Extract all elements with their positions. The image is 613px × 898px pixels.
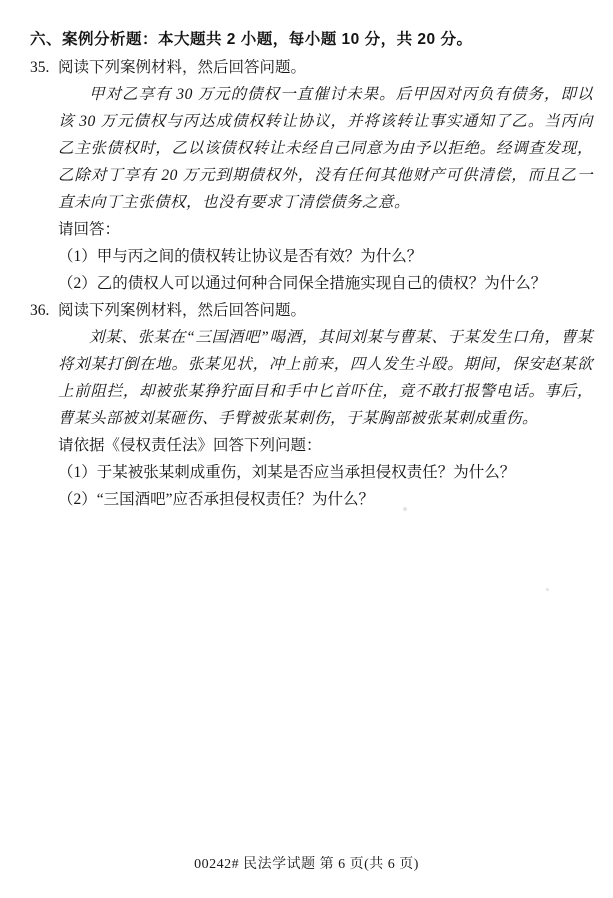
section-header: 六、案例分析题：本大题共 2 小题，每小题 10 分，共 20 分。 — [30, 26, 593, 54]
question-number: 35. — [30, 54, 58, 81]
question-36: 36.阅读下列案例材料，然后回答问题。 刘某、张某在“三国酒吧”喝酒，其间刘某与… — [30, 297, 593, 513]
question-head: 36.阅读下列案例材料，然后回答问题。 — [30, 297, 593, 324]
subquestion-1: （1）甲与丙之间的债权转让协议是否有效？为什么？ — [58, 243, 593, 270]
exam-page: 六、案例分析题：本大题共 2 小题，每小题 10 分，共 20 分。 35.阅读… — [0, 0, 613, 513]
question-35: 35.阅读下列案例材料，然后回答问题。 甲对乙享有 30 万元的债权一直催讨未果… — [30, 54, 593, 297]
answer-prompt: 请依据《侵权责任法》回答下列问题： — [58, 432, 593, 459]
subquestion-1: （1）于某被张某刺成重伤，刘某是否应当承担侵权责任？为什么？ — [58, 459, 593, 486]
case-material: 甲对乙享有 30 万元的债权一直催讨未果。后甲因对丙负有债务，即以该 30 万元… — [58, 81, 593, 216]
scan-artifact — [403, 507, 407, 511]
answer-prompt: 请回答： — [58, 216, 593, 243]
question-intro: 阅读下列案例材料，然后回答问题。 — [58, 302, 306, 319]
case-material: 刘某、张某在“三国酒吧”喝酒，其间刘某与曹某、于某发生口角，曹某将刘某打倒在地。… — [58, 324, 593, 432]
question-intro: 阅读下列案例材料，然后回答问题。 — [58, 59, 306, 76]
question-number: 36. — [30, 297, 58, 324]
question-head: 35.阅读下列案例材料，然后回答问题。 — [30, 54, 593, 81]
subquestion-2: （2）乙的债权人可以通过何种合同保全措施实现自己的债权？为什么？ — [58, 270, 593, 297]
page-footer: 00242# 民法学试题 第 6 页(共 6 页) — [0, 853, 613, 873]
subquestion-2: （2）“三国酒吧”应否承担侵权责任？为什么？ — [58, 486, 593, 513]
scan-artifact — [546, 588, 549, 591]
